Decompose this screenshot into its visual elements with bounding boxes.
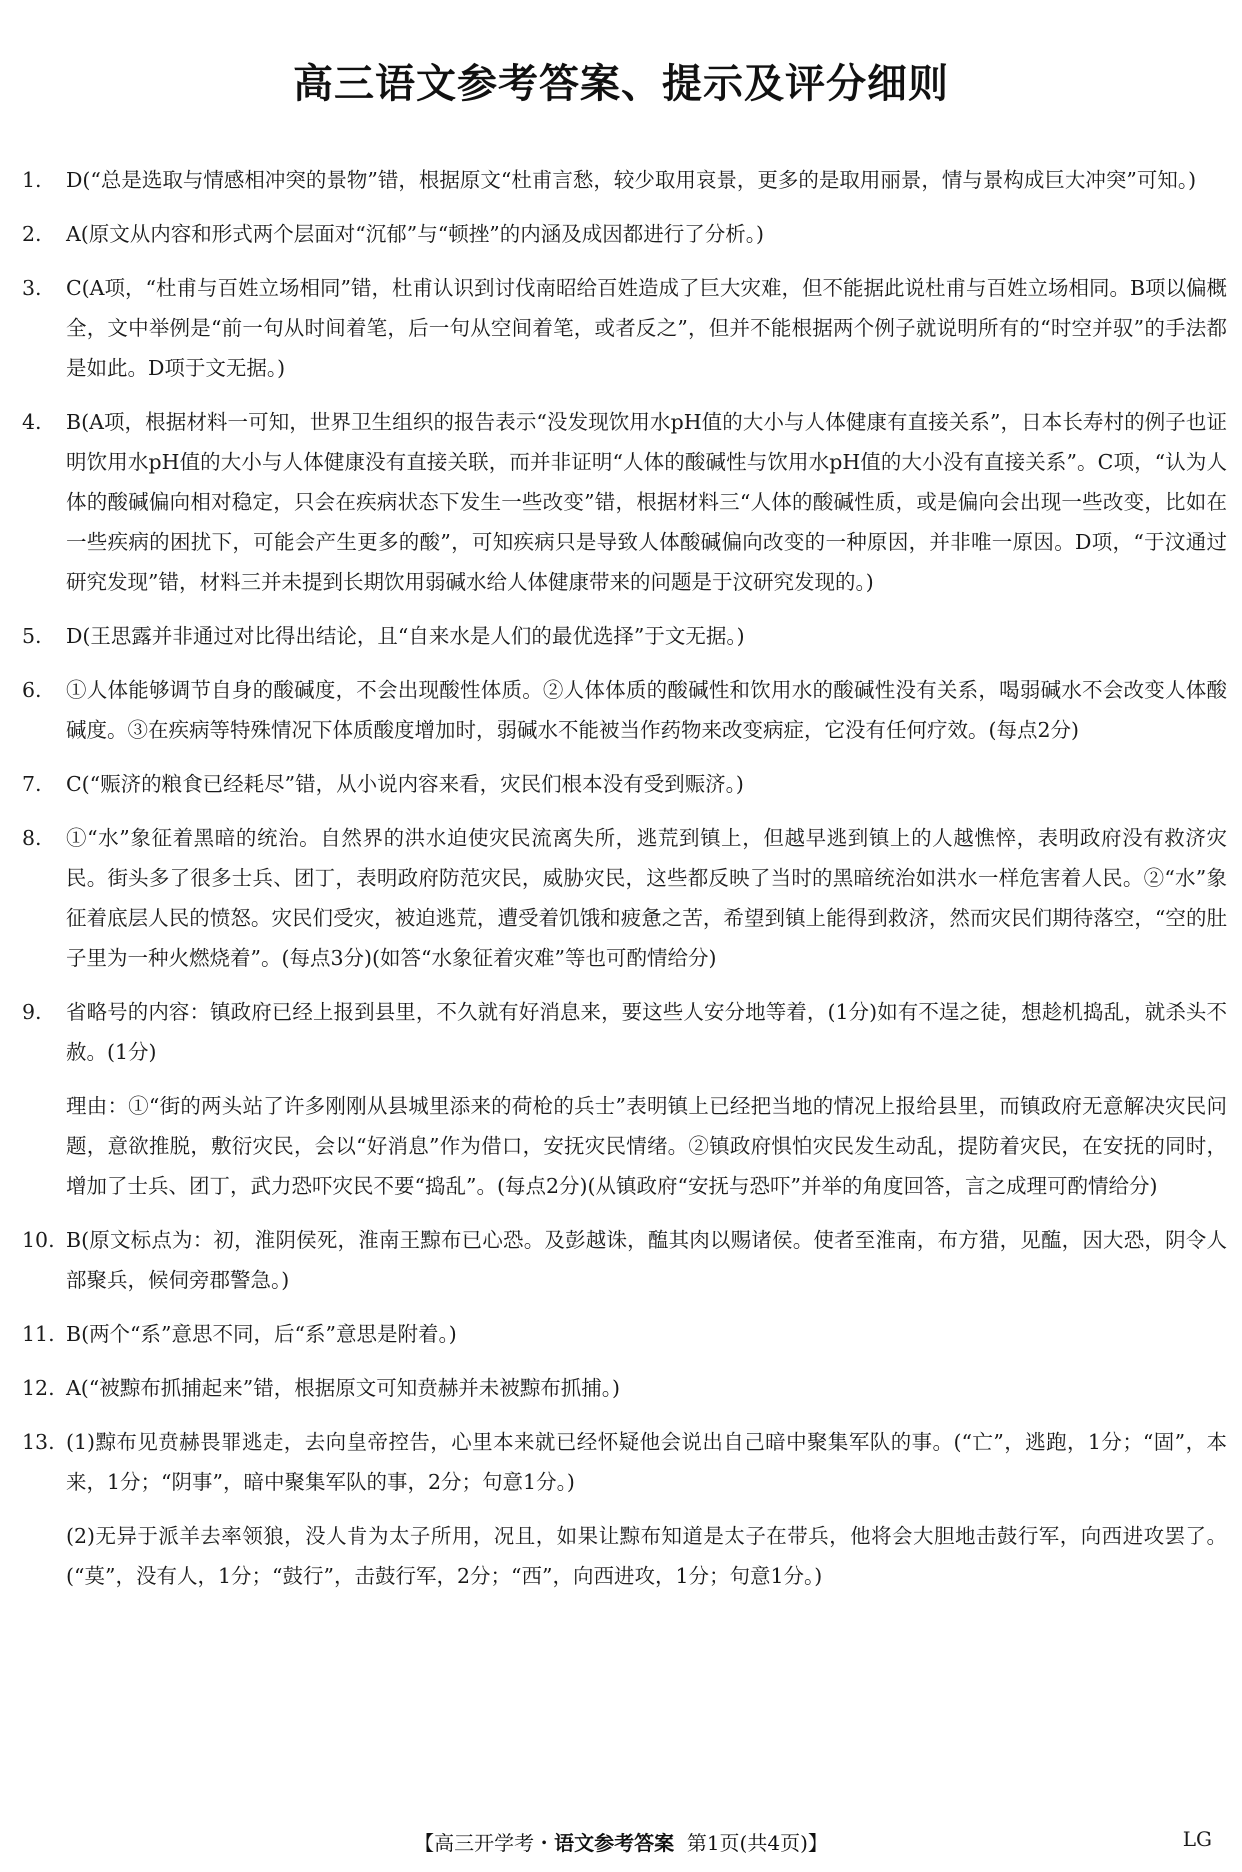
item-text: (1)黥布见贲赫畏罪逃走，去向皇帝控告，心里本来就已经怀疑他会说出自己暗中聚集军… [66, 1430, 1227, 1494]
item-text: B(A项，根据材料一可知，世界卫生组织的报告表示“没发现饮用水pH值的大小与人体… [66, 410, 1227, 594]
item-number: 3. [22, 268, 42, 308]
item-text: D(王思露并非通过对比得出结论，且“自来水是人们的最优选择”于文无据。) [66, 624, 745, 648]
item-number: 12. [22, 1368, 55, 1408]
item-number: 8. [22, 818, 42, 858]
item-number: 2. [22, 214, 42, 254]
item-text: ①“水”象征着黑暗的统治。自然界的洪水迫使灾民流离失所，逃荒到镇上，但越早逃到镇… [66, 826, 1227, 970]
answer-item-3: 3.C(A项，“杜甫与百姓立场相同”错，杜甫认识到讨伐南昭给百姓造成了巨大灾难，… [22, 268, 1227, 388]
item-text: A(“被黥布抓捕起来”错，根据原文可知贲赫并未被黥布抓捕。) [66, 1376, 620, 1400]
answer-item-12: 12.A(“被黥布抓捕起来”错，根据原文可知贲赫并未被黥布抓捕。) [22, 1368, 1227, 1408]
item-number: 10. [22, 1220, 55, 1260]
item-text: B(两个“系”意思不同，后“系”意思是附着。) [66, 1322, 457, 1346]
item-text: C(“赈济的粮食已经耗尽”错，从小说内容来看，灾民们根本没有受到赈济。) [66, 772, 744, 796]
answer-item-4: 4.B(A项，根据材料一可知，世界卫生组织的报告表示“没发现饮用水pH值的大小与… [22, 402, 1227, 602]
item-number: 9. [22, 992, 42, 1032]
answer-item-6: 6.①人体能够调节自身的酸碱度，不会出现酸性体质。②人体体质的酸碱性和饮用水的酸… [22, 670, 1227, 750]
footer-bracket: 】 [808, 1831, 828, 1855]
footer-page-number: 第1页(共4页) [687, 1831, 808, 1855]
footer-bracket: 【 [414, 1831, 434, 1855]
answer-item-2: 2.A(原文从内容和形式两个层面对“沉郁”与“顿挫”的内涵及成因都进行了分析。) [22, 214, 1227, 254]
answer-item-8: 8.①“水”象征着黑暗的统治。自然界的洪水迫使灾民流离失所，逃荒到镇上，但越早逃… [22, 818, 1227, 978]
page-footer: 【高三开学考・语文参考答案 第1页(共4页)】 [0, 1827, 1242, 1856]
answer-item-13: 13.(1)黥布见贲赫畏罪逃走，去向皇帝控告，心里本来就已经怀疑他会说出自己暗中… [22, 1422, 1227, 1596]
answer-item-10: 10.B(原文标点为：初，淮阴侯死，淮南王黥布已心恐。及彭越诛，醢其肉以赐诸侯。… [22, 1220, 1227, 1300]
item-text: C(A项，“杜甫与百姓立场相同”错，杜甫认识到讨伐南昭给百姓造成了巨大灾难，但不… [66, 276, 1227, 380]
answer-item-11: 11.B(两个“系”意思不同，后“系”意思是附着。) [22, 1314, 1227, 1354]
item-number: 13. [22, 1422, 55, 1462]
footer-code: LG [1183, 1827, 1212, 1851]
answer-item-5: 5.D(王思露并非通过对比得出结论，且“自来水是人们的最优选择”于文无据。) [22, 616, 1227, 656]
page-title: 高三语文参考答案、提示及评分细则 [0, 52, 1242, 109]
item-text: ①人体能够调节自身的酸碱度，不会出现酸性体质。②人体体质的酸碱性和饮用水的酸碱性… [66, 678, 1227, 742]
item-subtext: 理由：①“街的两头站了许多刚刚从县城里添来的荷枪的兵士”表明镇上已经把当地的情况… [66, 1086, 1227, 1206]
item-text: D(“总是选取与情感相冲突的景物”错，根据原文“杜甫言愁，较少取用哀景，更多的是… [66, 168, 1196, 192]
answer-item-1: 1.D(“总是选取与情感相冲突的景物”错，根据原文“杜甫言愁，较少取用哀景，更多… [22, 160, 1227, 200]
item-number: 6. [22, 670, 42, 710]
footer-subject: 语文参考答案 [554, 1831, 674, 1855]
item-text: 省略号的内容：镇政府已经上报到县里，不久就有好消息来，要这些人安分地等着，(1分… [66, 1000, 1227, 1064]
item-text: B(原文标点为：初，淮阴侯死，淮南王黥布已心恐。及彭越诛，醢其肉以赐诸侯。使者至… [66, 1228, 1227, 1292]
answer-item-9: 9.省略号的内容：镇政府已经上报到县里，不久就有好消息来，要这些人安分地等着，(… [22, 992, 1227, 1206]
footer-exam: 高三开学考・ [434, 1831, 554, 1855]
item-subtext: (2)无异于派羊去率领狼，没人肯为太子所用，况且，如果让黥布知道是太子在带兵，他… [66, 1516, 1227, 1596]
answer-list: 1.D(“总是选取与情感相冲突的景物”错，根据原文“杜甫言愁，较少取用哀景，更多… [22, 160, 1227, 1610]
item-number: 4. [22, 402, 42, 442]
item-number: 11. [22, 1314, 55, 1354]
item-number: 5. [22, 616, 42, 656]
item-number: 7. [22, 764, 42, 804]
item-number: 1. [22, 160, 42, 200]
answer-item-7: 7.C(“赈济的粮食已经耗尽”错，从小说内容来看，灾民们根本没有受到赈济。) [22, 764, 1227, 804]
item-text: A(原文从内容和形式两个层面对“沉郁”与“顿挫”的内涵及成因都进行了分析。) [66, 222, 764, 246]
